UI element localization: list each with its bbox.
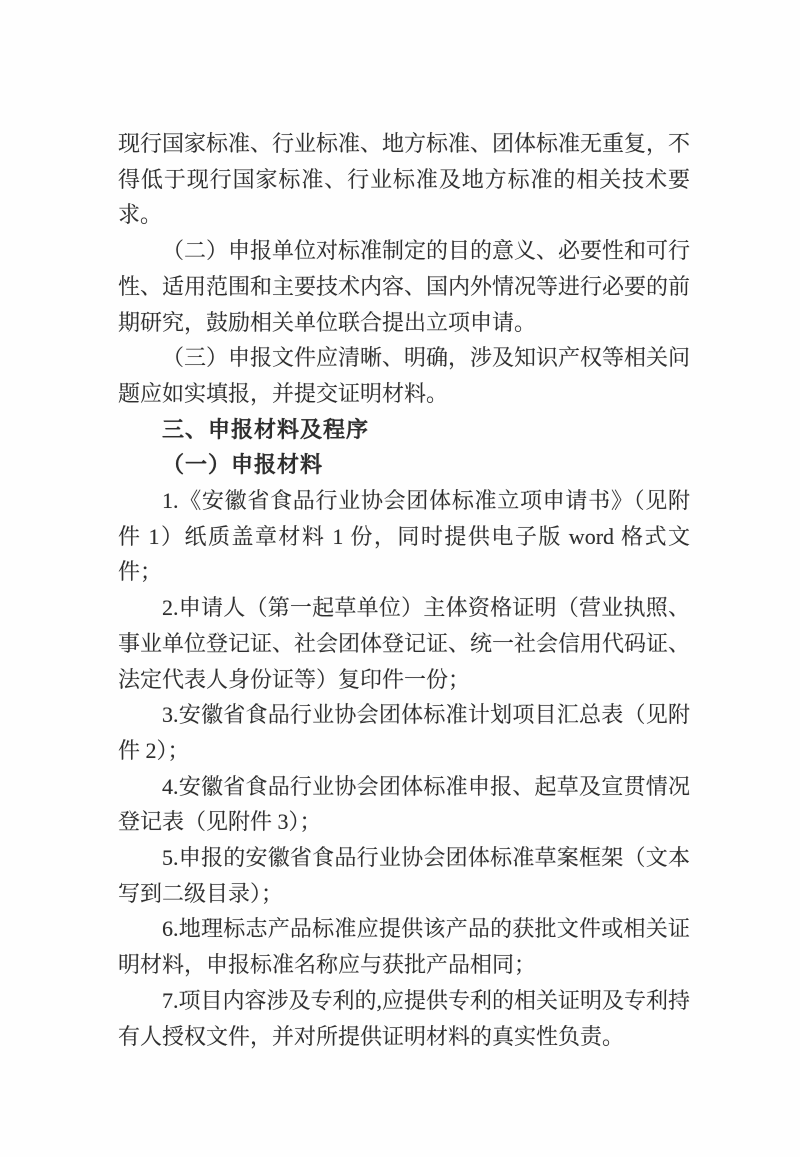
document-page: 现行国家标准、行业标准、地方标准、团体标准无重复，不得低于现行国家标准、行业标准…: [0, 0, 800, 1157]
material-item-7: 7.项目内容涉及专利的,应提供专利的相关证明及专利持有人授权文件，并对所提供证明…: [118, 983, 690, 1054]
material-item-3: 3.安徽省食品行业协会团体标准计划项目汇总表（见附件 2）；: [118, 697, 690, 768]
paragraph-item-3: （三）申报文件应清晰、明确，涉及知识产权等相关问题应如实填报，并提交证明材料。: [118, 340, 690, 411]
section-heading-materials-and-procedure: 三、申报材料及程序: [118, 412, 690, 448]
material-item-4: 4.安徽省食品行业协会团体标准申报、起草及宣贯情况登记表（见附件 3）；: [118, 769, 690, 840]
subsection-heading-application-materials: （一）申报材料: [118, 447, 690, 483]
paragraph-item-2: （二）申报单位对标准制定的目的意义、必要性和可行性、适用范围和主要技术内容、国内…: [118, 233, 690, 340]
material-item-6: 6.地理标志产品标准应提供该产品的获批文件或相关证明材料，申报标准名称应与获批产…: [118, 911, 690, 982]
paragraph-continuation: 现行国家标准、行业标准、地方标准、团体标准无重复，不得低于现行国家标准、行业标准…: [118, 126, 690, 233]
material-item-5: 5.申报的安徽省食品行业协会团体标准草案框架（文本写到二级目录）；: [118, 840, 690, 911]
material-item-1: 1.《安徽省食品行业协会团体标准立项申请书》（见附件 1）纸质盖章材料 1 份，…: [118, 483, 690, 590]
material-item-2: 2.申请人（第一起草单位）主体资格证明（营业执照、事业单位登记证、社会团体登记证…: [118, 590, 690, 697]
